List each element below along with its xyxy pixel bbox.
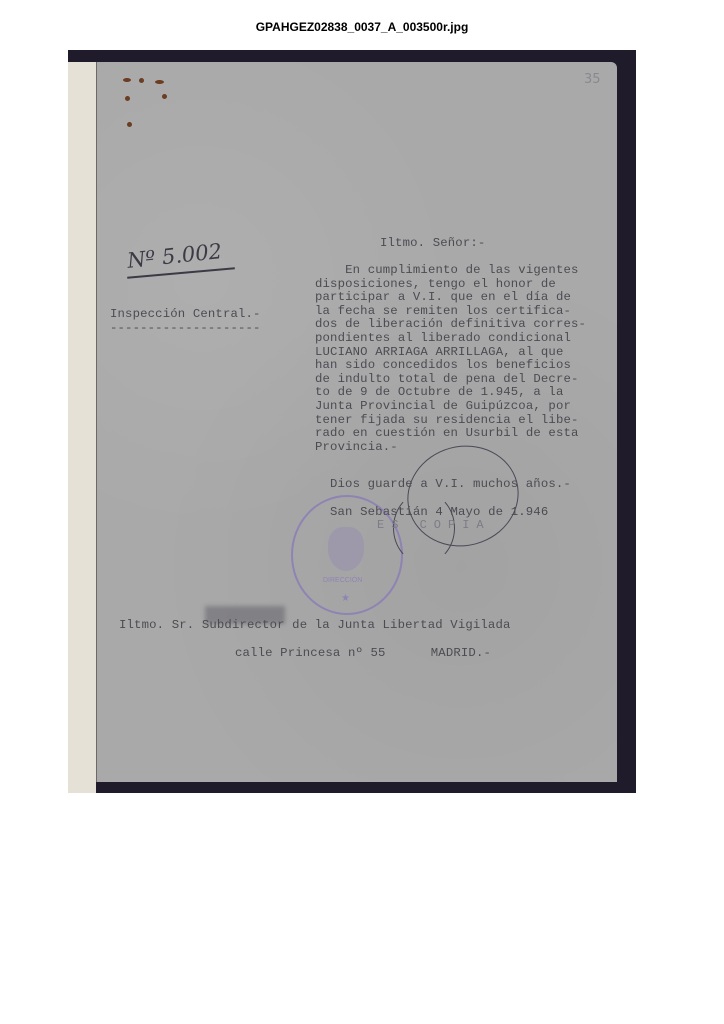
body-line: dos de liberación definitiva corres- bbox=[315, 318, 586, 332]
body-text: En cumplimiento de las vigentes disposic… bbox=[315, 264, 586, 454]
scanned-document-image: 35 Nº 5.002 Inspección Central.- -------… bbox=[68, 50, 636, 793]
body-line: disposiciones, tengo el honor de bbox=[315, 278, 586, 292]
body-line: En cumplimiento de las vigentes bbox=[315, 264, 586, 278]
address-line: calle Princesa nº 55 MADRID.- bbox=[235, 646, 491, 660]
closing-formula: Dios guarde a V.I. muchos años.- bbox=[330, 477, 571, 491]
rust-spot bbox=[123, 78, 131, 82]
star-icon: ★ bbox=[341, 593, 350, 604]
handwritten-reference-number: Nº 5.002 bbox=[126, 239, 223, 273]
folder-edge-strip bbox=[68, 62, 96, 793]
body-line: la fecha se remiten los certifica- bbox=[315, 305, 586, 319]
body-line-name: LUCIANO ARRIAGA ARRILLAGA, al que bbox=[315, 346, 586, 360]
body-line: pondientes al liberado condicional bbox=[315, 332, 586, 346]
page-number: 35 bbox=[584, 72, 601, 87]
body-line: tener fijada su residencia el libe- bbox=[315, 414, 586, 428]
department-underline: -------------------- bbox=[110, 321, 261, 335]
body-line: participar a V.I. que en el día de bbox=[315, 291, 586, 305]
rust-spot bbox=[139, 78, 144, 83]
place-and-date: San Sebastián 4 Mayo de 1.946 bbox=[330, 505, 548, 519]
eagle-emblem-icon bbox=[328, 527, 364, 571]
body-line: to de 9 de Octubre de 1.945, a la bbox=[315, 386, 586, 400]
copy-mark: ES COPIA bbox=[377, 518, 491, 532]
body-line: de indulto total de pena del Decre- bbox=[315, 373, 586, 387]
rust-spot bbox=[162, 94, 167, 99]
rust-spot bbox=[125, 96, 130, 101]
rust-spot bbox=[155, 80, 164, 84]
body-line: Junta Provincial de Guipúzcoa, por bbox=[315, 400, 586, 414]
recipient-line: Iltmo. Sr. Subdirector de la Junta Liber… bbox=[119, 618, 511, 632]
salutation: Iltmo. Señor:- bbox=[380, 236, 485, 250]
rust-spot bbox=[127, 122, 132, 127]
file-name-header: GPAHGEZ02838_0037_A_003500r.jpg bbox=[0, 20, 724, 34]
department-label: Inspección Central.- bbox=[110, 307, 261, 321]
stamp-inner-text: DIRECCIÓN bbox=[323, 577, 362, 584]
body-line: rado en cuestión en Usurbil de esta bbox=[315, 427, 586, 441]
document-paper: 35 Nº 5.002 Inspección Central.- -------… bbox=[96, 62, 617, 782]
body-line: han sido concedidos los beneficios bbox=[315, 359, 586, 373]
